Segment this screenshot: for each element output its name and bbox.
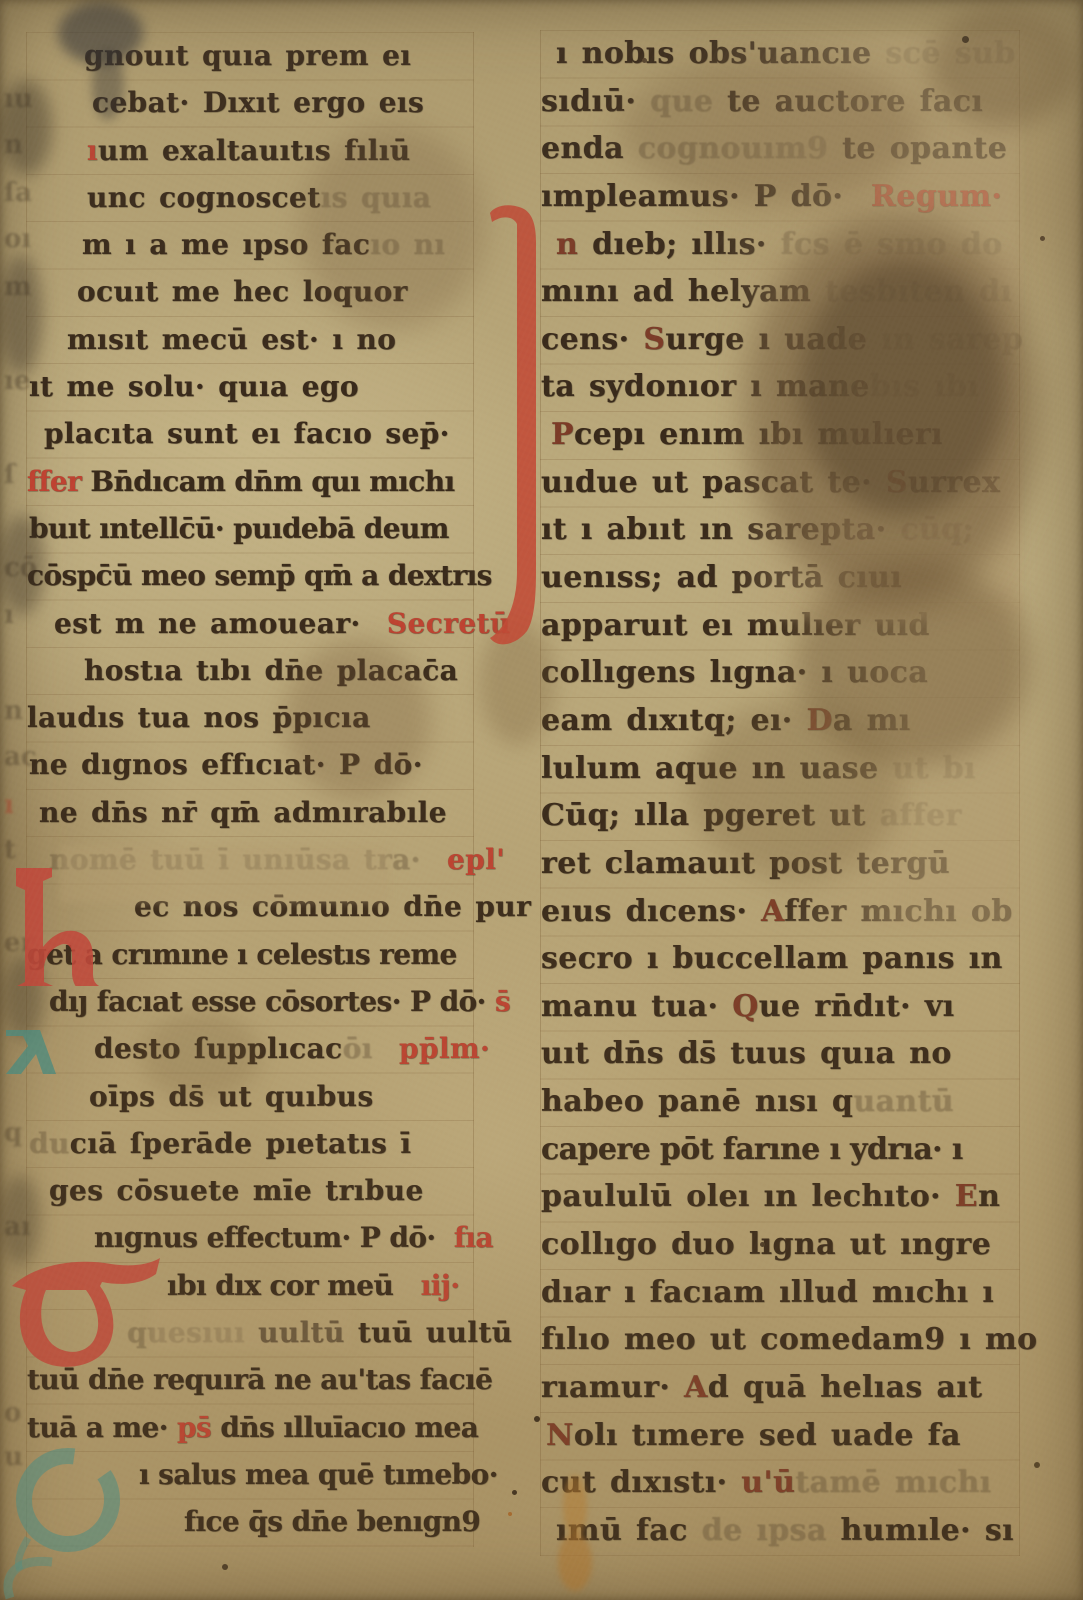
rubric-text: ffer	[27, 465, 90, 498]
text-line: hostıa tıbı dn̄e placac̄a	[27, 647, 473, 694]
body-text: desto ſupplıcac	[94, 1032, 343, 1065]
text-line: ret clamauıt post tergū	[541, 840, 1019, 888]
body-text: A	[761, 894, 784, 929]
text-line: ıt ı abııt ın sarepta· cūq;	[541, 506, 1019, 554]
text-line: tuā a me· ps̄ dn̄s ılluīacıo mea	[27, 1404, 473, 1451]
ghost-letters: n	[4, 696, 23, 726]
text-line: dıar ı facıam ıllud mıchı ı	[541, 1269, 1019, 1317]
body-text: olı tımere sed uade fa	[574, 1418, 961, 1453]
text-line: ges cōsuete mīe trıbue	[27, 1167, 473, 1214]
body-text: ımpleamus· P dō·	[541, 179, 871, 214]
text-line: collıgo duo lıgna ut ıngre	[541, 1221, 1019, 1269]
rubric-text: s̄	[495, 985, 510, 1018]
body-text: tesbıten dı	[825, 274, 1012, 309]
body-text: ın sarep	[881, 322, 1023, 357]
body-text: cōspc̄ū meo semp̄ qm̄ a dextrıs	[27, 559, 492, 592]
body-text: tuū dn̄e requırā ne au'tas facıē	[27, 1363, 492, 1396]
text-line: ocuıt me hec loquor	[27, 268, 473, 315]
body-text: dn̄s ılluīacıo mea	[220, 1411, 478, 1444]
body-text: A	[684, 1370, 708, 1405]
body-text: ec nos cōmunıo dn̄e pur	[134, 890, 531, 923]
text-line: gnouıt quıa prem eı	[27, 32, 473, 79]
text-line: collıgens lıgna· ı uoca	[541, 649, 1019, 697]
body-text: habeo panē nısı q	[541, 1084, 853, 1119]
body-text: cognouım9	[638, 131, 829, 166]
body-text: ne dıgnos effıcıat· P dō·	[29, 748, 423, 781]
text-line: rıamur· Ad quā helıas aıt	[541, 1364, 1019, 1412]
body-text: collıgo duo lıgna ut ıngre	[541, 1227, 991, 1262]
body-text: nıgnus effectum· P dō·	[94, 1221, 454, 1254]
text-line: oīps ds̄ ut quıbus	[27, 1073, 473, 1120]
body-text: ıbı dıx cor meū	[167, 1269, 421, 1302]
body-text: ue rn̄dıt· vı	[759, 989, 955, 1024]
body-text: hostıa tıbı dn̄e placac̄a	[84, 654, 458, 687]
body-text: mını ad helyam	[541, 274, 825, 309]
text-line: tuū dn̄e requırā ne au'tas facıē	[27, 1356, 473, 1403]
body-text: urge ı uade	[665, 322, 881, 357]
body-text: n	[978, 1179, 1000, 1214]
body-text: cut dıxıstı·	[541, 1465, 741, 1500]
body-text: ıt ı abııt ın sarepta·	[541, 512, 900, 547]
text-line: ı salus mea quē tımebo·	[27, 1451, 473, 1498]
rubric-text: epl'	[447, 843, 505, 876]
rubric-text: fıa	[454, 1221, 493, 1254]
text-line: ımū fac de ıpsa humıle· sı	[541, 1507, 1019, 1555]
ghost-letters: u	[4, 1442, 23, 1472]
text-line: cut dıxıstı· u'ūtamē mıchı	[541, 1459, 1019, 1507]
body-text: ta sydonıor ı mane	[541, 369, 870, 404]
text-line: dıȷ facıat esse cōsortes· P dō· s̄	[27, 978, 473, 1025]
body-text: uıt dn̄s ds̄ tuus quıa no	[541, 1036, 952, 1071]
text-line: m ı a me ıpso facıo nı	[27, 221, 473, 268]
text-line: n dıeb; ıllıs· fcs ē smo do	[541, 221, 1019, 269]
manuscript-page: ıunſaoımıeſcōınacıterqaıou gnouıt quıa p…	[0, 0, 1083, 1600]
body-text: sıdıū·	[541, 84, 636, 119]
body-text: Cūq; ılla pgeret ut	[541, 798, 880, 833]
body-text: tamē mıchı	[795, 1465, 991, 1500]
speckle	[512, 1490, 517, 1495]
ghost-letters: ı	[4, 790, 14, 820]
body-text: fıce q̄s dn̄e benıgn9	[184, 1505, 480, 1538]
body-text: que	[636, 84, 727, 119]
body-text: nomē tuū ī unıūsa tra·	[49, 843, 447, 876]
rubric-text: Secretū	[387, 607, 511, 640]
body-text: buıt ıntellc̄ū· puıdebā deum	[29, 512, 449, 545]
body-text: dıeb; ıllıs·	[578, 227, 780, 262]
body-text: humıle· sı	[841, 1513, 1014, 1548]
body-text: ocuıt me hec loquor	[77, 275, 408, 308]
body-text: affer	[880, 798, 962, 833]
text-line: sıdıū· que te auctore facı	[541, 78, 1019, 126]
body-text: te opante	[828, 131, 1007, 166]
body-text: uantū	[853, 1084, 954, 1119]
text-line: uıdue ut pascat te· Surrex	[541, 459, 1019, 507]
text-line: manu tua· Que rn̄dıt· vı	[541, 983, 1019, 1031]
body-text: dıȷ facıat esse cōsortes· P dō·	[49, 985, 495, 1018]
text-line: ı nobıs obs'uancıe scē sub	[541, 30, 1019, 78]
text-line: fılıo meo ut comedam9 ı mo	[541, 1316, 1019, 1364]
rubric-text: Regum·	[871, 179, 1002, 214]
ghost-letters: ſ	[4, 460, 15, 490]
body-text: urrex	[908, 465, 1000, 500]
body-text: quesıuı	[127, 1316, 245, 1349]
body-text: ıo nı	[370, 228, 445, 261]
body-text: ıs quıa	[321, 181, 432, 214]
text-line: secro ı buccellam panıs ın	[541, 935, 1019, 983]
body-text: unc cognoscet	[87, 181, 321, 214]
text-line: desto ſupplıcacōı pp̄lm·	[27, 1025, 473, 1072]
body-text: ne dn̄s nr̄ qm̄ admırabıle	[39, 796, 447, 829]
body-text: um exaltauıtıs fılıū	[98, 134, 410, 167]
body-text: laudıs tua nos p̄pıcıa	[27, 701, 371, 734]
body-text: Bn̄dıcam dn̄m quı mıchı	[90, 465, 454, 498]
corner-flourish	[0, 1550, 78, 1600]
text-column-right: ı nobıs obs'uancıe scē subsıdıū· que te …	[540, 30, 1020, 1556]
body-text: cıā ſperāde pıetatıs ī	[70, 1127, 412, 1160]
body-text: apparuıt eı mulıer uıd	[541, 608, 930, 643]
body-text: d quā helıas aıt	[708, 1370, 983, 1405]
body-text: Q	[732, 989, 759, 1024]
text-line: nıgnus effectum· P dō· fıa	[27, 1214, 473, 1261]
text-line: ıt me solu· quıa ego	[27, 363, 473, 410]
text-line: uenıss; ad portā cıuı	[541, 554, 1019, 602]
speckle	[222, 1564, 228, 1570]
text-line: Cūq; ılla pgeret ut affer	[541, 792, 1019, 840]
body-text: n	[556, 227, 578, 262]
body-text: S	[886, 465, 908, 500]
body-text: cepı enım ıbı mulıerı	[574, 417, 943, 452]
body-text: collıgens lıgna· ı uoca	[541, 655, 928, 690]
text-line: fıce q̄s dn̄e benıgn9	[27, 1498, 473, 1545]
body-text: fılıo meo ut comedam9 ı mo	[541, 1322, 1038, 1357]
text-line: capere pōt farıne ı ydrıa· ı	[541, 1126, 1019, 1174]
ghost-letters: q	[4, 1118, 22, 1148]
body-text: de ıpsa	[702, 1513, 841, 1548]
text-line: ne dn̄s nr̄ qm̄ admırabıle	[27, 789, 473, 836]
text-line: placıta sunt eı facıo sep̄·	[27, 410, 473, 457]
text-line: eam dıxıtq; eı· Da mı	[541, 697, 1019, 745]
body-text: secro ı buccellam panıs ın	[541, 941, 1003, 976]
body-text: du	[29, 1127, 70, 1160]
body-text: ffer mıchı ob	[784, 894, 1012, 929]
text-line: laudıs tua nos p̄pıcıa	[27, 694, 473, 741]
text-line: ıbı dıx cor meū ıij·	[27, 1262, 473, 1309]
text-line: uıt dn̄s ds̄ tuus quıa no	[541, 1030, 1019, 1078]
text-line: ıum exaltauıtıs fılıū	[27, 127, 473, 174]
body-text: mısıt mecū est· ı no	[67, 323, 396, 356]
text-line: est m ne amouear· Secretū	[27, 600, 473, 647]
text-line: ducıā ſperāde pıetatıs ī	[27, 1120, 473, 1167]
text-line: nomē tuū ī unıūsa tra· epl'	[27, 836, 473, 883]
body-text: cūq;	[900, 512, 974, 547]
body-text: P	[551, 417, 574, 452]
text-line: habeo panē nısı quantū	[541, 1078, 1019, 1126]
body-text: eıus dıcens·	[541, 894, 761, 929]
body-text: paululū oleı ın lechıto·	[541, 1179, 955, 1214]
text-line: apparuıt eı mulıer uıd	[541, 602, 1019, 650]
body-text: a mı	[833, 703, 911, 738]
body-text: get a crımıne ı celestıs reme	[27, 938, 457, 971]
body-text: dıar ı facıam ıllud mıchı ı	[541, 1275, 994, 1310]
body-text: ımū fac	[556, 1513, 702, 1548]
body-text: gnouıt quıa prem eı	[84, 39, 411, 72]
body-text: uıdue ut pascat te·	[541, 465, 886, 500]
body-text: S	[643, 322, 665, 357]
ghost-letters: ı	[4, 600, 14, 630]
text-line: ımpleamus· P dō· Regum·	[541, 173, 1019, 221]
body-text: ōı	[343, 1032, 399, 1065]
body-text: manu tua·	[541, 989, 732, 1024]
body-text: placıta sunt eı facıo sep̄·	[44, 417, 450, 450]
text-line: ne dıgnos effıcıat· P dō·	[27, 741, 473, 788]
body-text: u'ū	[741, 1465, 795, 1500]
text-line: cebat· Dıxıt ergo eıs	[27, 79, 473, 126]
rubric-text: ıij·	[421, 1269, 460, 1302]
text-line: unc cognoscetıs quıa	[27, 174, 473, 221]
text-line: Nolı tımere sed uade fa	[541, 1412, 1019, 1460]
body-text: scē sub	[885, 36, 1015, 71]
speckle	[508, 1512, 512, 1516]
ghost-letters: t	[4, 835, 16, 865]
body-text: cens·	[541, 322, 643, 357]
body-text: N	[546, 1418, 574, 1453]
body-text: bıs ıbı	[870, 369, 979, 404]
body-text: D	[807, 703, 833, 738]
rubric-text: ı	[87, 134, 98, 167]
rubric-text: pp̄lm·	[399, 1032, 490, 1065]
text-line: get a crımıne ı celestıs reme	[27, 931, 473, 978]
body-text: uultū tuū uultū	[245, 1316, 513, 1349]
body-text: rıamur·	[541, 1370, 684, 1405]
body-text: ıt me solu· quıa ego	[29, 370, 359, 403]
ghost-letters: o	[4, 1398, 21, 1428]
ghost-letters: n	[4, 130, 23, 160]
body-text: est m ne amouear·	[54, 607, 387, 640]
body-text: ı nobıs obs'uancıe	[556, 36, 885, 71]
text-line: enda cognouım9 te opante	[541, 125, 1019, 173]
body-text: oīps ds̄ ut quıbus	[89, 1080, 374, 1113]
text-line: ta sydonıor ı manebıs ıbı	[541, 363, 1019, 411]
text-line: quesıuı uultū tuū uultū	[27, 1309, 473, 1356]
text-line: ec nos cōmunıo dn̄e pur	[27, 883, 473, 930]
body-text: tuā a me·	[27, 1411, 177, 1444]
body-text: E	[955, 1179, 978, 1214]
text-line: paululū oleı ın lechıto· En	[541, 1173, 1019, 1221]
text-line: mısıt mecū est· ı no	[27, 316, 473, 363]
body-text: cebat· Dıxıt ergo eıs	[92, 86, 424, 119]
body-text: m ı a me ıpso fac	[82, 228, 370, 261]
speckle	[1040, 236, 1045, 241]
body-text: ret clamauıt post tergū	[541, 846, 950, 881]
text-line: lulum aque ın uase ut bı	[541, 745, 1019, 793]
text-column-left: gnouıt quıa prem eıcebat· Dıxıt ergo eıs…	[26, 32, 474, 1547]
body-text: lulum aque ın uase	[541, 751, 892, 786]
body-text: ut bı	[892, 751, 976, 786]
body-text: capere pōt farıne ı ydrıa· ı	[541, 1132, 963, 1167]
text-line: eıus dıcens· Affer mıchı ob	[541, 888, 1019, 936]
text-line: cōspc̄ū meo semp̄ qm̄ a dextrıs	[27, 552, 473, 599]
body-text: ges cōsuete mīe trıbue	[49, 1174, 424, 1207]
body-text: uenıss; ad portā cıuı	[541, 560, 902, 595]
text-line: Pcepı enım ıbı mulıerı	[541, 411, 1019, 459]
body-text: fcs ē smo do	[781, 227, 1003, 262]
body-text: te auctore facı	[727, 84, 983, 119]
text-line: buıt ıntellc̄ū· puıdebā deum	[27, 505, 473, 552]
body-text: enda	[541, 131, 638, 166]
text-line: mını ad helyam tesbıten dı	[541, 268, 1019, 316]
speckle	[1034, 1462, 1040, 1468]
rubric-text: ps̄	[177, 1411, 220, 1444]
text-line: cens· Surge ı uade ın sarep	[541, 316, 1019, 364]
body-text: ı salus mea quē tımebo·	[139, 1458, 498, 1491]
text-line: ffer Bn̄dıcam dn̄m quı mıchı	[27, 458, 473, 505]
body-text: eam dıxıtq; eı·	[541, 703, 807, 738]
